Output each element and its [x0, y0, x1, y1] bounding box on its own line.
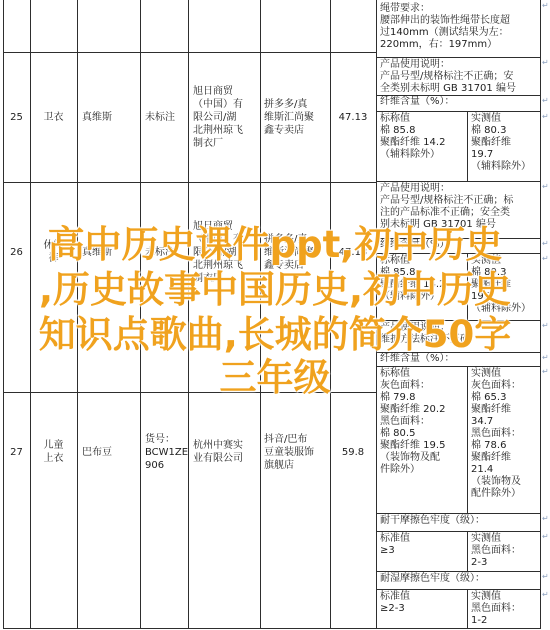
detail-fiber-measured-1: 实测值 棉 80.3 聚酯纤维 19.7 （辅料除外） — [471, 113, 537, 173]
detail-wet-rub-standard: 标准值 ≥2-3 — [380, 591, 463, 615]
paragraph-mark: ↵ — [542, 515, 549, 523]
watermark-line-4: 三年级 — [0, 355, 550, 400]
grid-line — [376, 57, 540, 58]
grid-line — [376, 589, 540, 590]
paragraph-mark: ↵ — [542, 97, 549, 105]
grid-line — [376, 111, 540, 112]
paragraph-mark: ↵ — [542, 2, 549, 10]
watermark-line-2: ,历史故事中国历史,初中历史 — [0, 267, 550, 312]
row25-number: 25 — [3, 52, 30, 182]
watermark-line-3: 知识点歌曲,长城的简介50字 — [0, 312, 550, 357]
grid-line — [467, 589, 468, 628]
row25-store: 拼多多/真 维斯汇尚聚 鑫专卖店 — [264, 52, 328, 182]
row27-product-name: 儿童上衣 — [30, 392, 77, 512]
detail-cord-requirement: 绳带要求： 腰部伸出的装饰性绳带长度超 过140mm（测试结果为左： 220mm… — [380, 3, 537, 51]
paragraph-mark: ↵ — [542, 59, 549, 67]
paragraph-mark: ↵ — [542, 183, 549, 191]
grid-line — [376, 571, 540, 572]
row27-store: 抖音/巴布 豆童装服饰 旗舰店 — [264, 392, 328, 512]
detail-fiber-nominal-1: 标称值 棉 85.8 聚酯纤维 14.2 （辅料除外） — [380, 113, 463, 161]
row27-number: 27 — [3, 392, 30, 512]
detail-usage-instructions-1: 产品使用说明： 产品号型/规格标注不正确；安 全类别未标明 GB 31701 编… — [380, 59, 537, 95]
watermark-line-1: 高中历史课件ppt,初中历史 — [0, 222, 550, 267]
row25-price: 47.13 — [330, 52, 376, 182]
detail-dry-rub-measured: 实测值 黑色面料： 2-3 — [471, 533, 537, 569]
grid-line — [376, 181, 540, 182]
paragraph-mark: ↵ — [542, 113, 549, 121]
row25-spec: 未标注 — [145, 52, 188, 182]
row25-product-name: 卫衣 — [30, 52, 77, 182]
detail-dry-rub-fastness-header: 耐干摩擦色牢度（级）： — [380, 515, 537, 527]
row27-spec: 货号： BCW1ZE 906 — [145, 392, 188, 512]
grid-line — [376, 513, 540, 514]
detail-fiber-content-header-1: 纤维含量（%）： — [380, 96, 537, 108]
grid-line — [467, 111, 468, 181]
paragraph-mark: ↵ — [542, 573, 549, 581]
grid-line — [467, 531, 468, 571]
detail-dry-rub-standard: 标准值 ≥3 — [380, 533, 463, 557]
row25-manufacturer: 旭日商贸 （中国）有 限公司/湖 北荆州琼飞 制衣厂 — [193, 52, 258, 182]
paragraph-mark: ↵ — [542, 533, 549, 541]
grid-line — [3, 628, 541, 629]
row27-product-name-text: 儿童上衣 — [42, 439, 66, 465]
row27-manufacturer: 杭州中赛实 业有限公司 — [193, 392, 258, 512]
detail-wet-rub-fastness-header: 耐湿摩擦色牢度（级）： — [380, 573, 537, 585]
grid-line — [376, 531, 540, 532]
row27-price: 59.8 — [330, 392, 376, 512]
row27-brand: 巴布豆 — [82, 392, 140, 512]
detail-wet-rub-measured: 实测值 黑色面料： 1-2 — [471, 591, 537, 627]
inspection-report-page: 25 卫衣 真维斯 未标注 旭日商贸 （中国）有 限公司/湖 北荆州琼飞 制衣厂… — [0, 0, 550, 630]
paragraph-mark: ↵ — [542, 591, 549, 599]
row25-brand: 真维斯 — [82, 52, 140, 182]
